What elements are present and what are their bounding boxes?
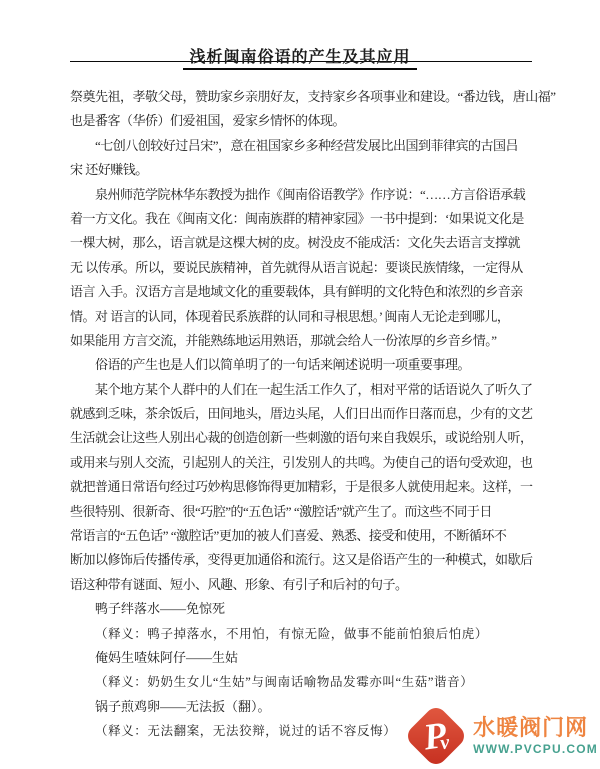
- text-line: 生活就会让这些人别出心裁的创造创新一些刺激的语句来自我娱乐，或说给别人听，: [70, 426, 532, 450]
- proverb-line: 俺妈生喳妹阿仔——生姑: [70, 646, 532, 670]
- watermark-logo: P v 水暖阀门网 WWW.PVCPU.COM: [404, 705, 598, 767]
- text-line: 或用来与别人交流，引起别人的关注，引发别人的共鸣。为使自己的语句受欢迎，也: [70, 451, 532, 475]
- proverb-line: 鸭子绊落水——免惊死: [70, 597, 532, 621]
- watermark-site-url: WWW.PVCPU.COM: [473, 742, 598, 756]
- text-line: “七创八创较好过吕宋”，意在祖国家乡多种经营发展比出国到菲律宾的古国吕: [70, 134, 532, 158]
- text-line: 着一方文化。我在《闽南文化：闽南族群的精神家园》一书中提到：‘如果说文化是: [70, 207, 532, 231]
- document-header: 浅析闽南俗语的产生及其应用: [0, 44, 600, 70]
- text-line: 某个地方某个人群中的人们在一起生活工作久了，相对平常的话语说久了听久了: [70, 378, 532, 402]
- pv-monogram: P v: [400, 701, 472, 769]
- document-body: 祭奠先祖，孝敬父母，赞助家乡亲朋好友，支持家乡各项事业和建设。“番边钱，唐山福”…: [70, 85, 532, 744]
- text-line: 就感到乏味，茶余饭后，田间地头，厝边头尾，人们日出而作日落而息，少有的文艺: [70, 402, 532, 426]
- text-line: 泉州师范学院林华东教授为拙作《闽南俗语教学》作序说：“……方言俗语承载: [70, 183, 532, 207]
- text-line: 也是番客（华侨）们爱祖国，爱家乡情怀的体现。: [70, 109, 532, 133]
- text-line: 无 以传承。所以，要说民族精神，首先就得从语言说起：要谈民族情缘，一定得从: [70, 256, 532, 280]
- text-line: 祭奠先祖，孝敬父母，赞助家乡亲朋好友，支持家乡各项事业和建设。“番边钱，唐山福”: [70, 85, 532, 109]
- text-line: 就把普通日常语句经过巧妙构思修饰得更加精彩，于是很多人就使用起来。这样，一: [70, 475, 532, 499]
- gloss-line: （释义：奶奶生女儿“生姑”与闽南话喻物品发霉亦叫“生菇”谐音）: [70, 670, 532, 694]
- text-line: 如果能用 方言交流，并能熟练地运用熟语，那就会给人一份浓厚的乡音乡情。”: [70, 329, 532, 353]
- text-line: 些很特别、很新奇、很“巧腔”的“五色话” “激腔话”就产生了。而这些不同于日: [70, 500, 532, 524]
- text-line: 一棵大树，那么，语言就是这棵大树的皮。树没皮不能成活：文化失去语言支撑就: [70, 231, 532, 255]
- text-line: 情。对 语言的认同，体现着民系族群的认同和寻根思想。’ 闽南人无论走到哪儿，: [70, 305, 532, 329]
- text-line: 语这种带有谜面、短小、风趣、形象、有引子和后衬的句子。: [70, 573, 532, 597]
- pv-badge: P v: [404, 705, 468, 767]
- gloss-line: （释义：鸭子掉落水，不用怕，有惊无险，做事不能前怕狼后怕虎）: [70, 622, 532, 646]
- text-line: 宋 还好赚钱。: [70, 158, 532, 182]
- document-page: 浅析闽南俗语的产生及其应用 祭奠先祖，孝敬父母，赞助家乡亲朋好友，支持家乡各项事…: [0, 0, 600, 769]
- text-line: 断加以修饰后传播传承，变得更加通俗和流行。这又是俗语产生的一种模式，如歇后: [70, 548, 532, 572]
- watermark-text: 水暖阀门网 WWW.PVCPU.COM: [473, 716, 598, 756]
- text-line: 常语言的“五色话” “激腔话”更加的被人们喜爱、熟悉、接受和使用，不断循环不: [70, 524, 532, 548]
- text-line: 语言 入手。汉语方言是地域文化的重要载体，具有鲜明的文化特色和浓烈的乡音亲: [70, 280, 532, 304]
- document-title: 浅析闽南俗语的产生及其应用: [183, 44, 416, 70]
- text-line: 俗语的产生也是人们以简单明了的一句话来阐述说明一项重要事理。: [70, 353, 532, 377]
- watermark-site-name: 水暖阀门网: [473, 716, 588, 740]
- pv-monogram-v: v: [439, 732, 451, 753]
